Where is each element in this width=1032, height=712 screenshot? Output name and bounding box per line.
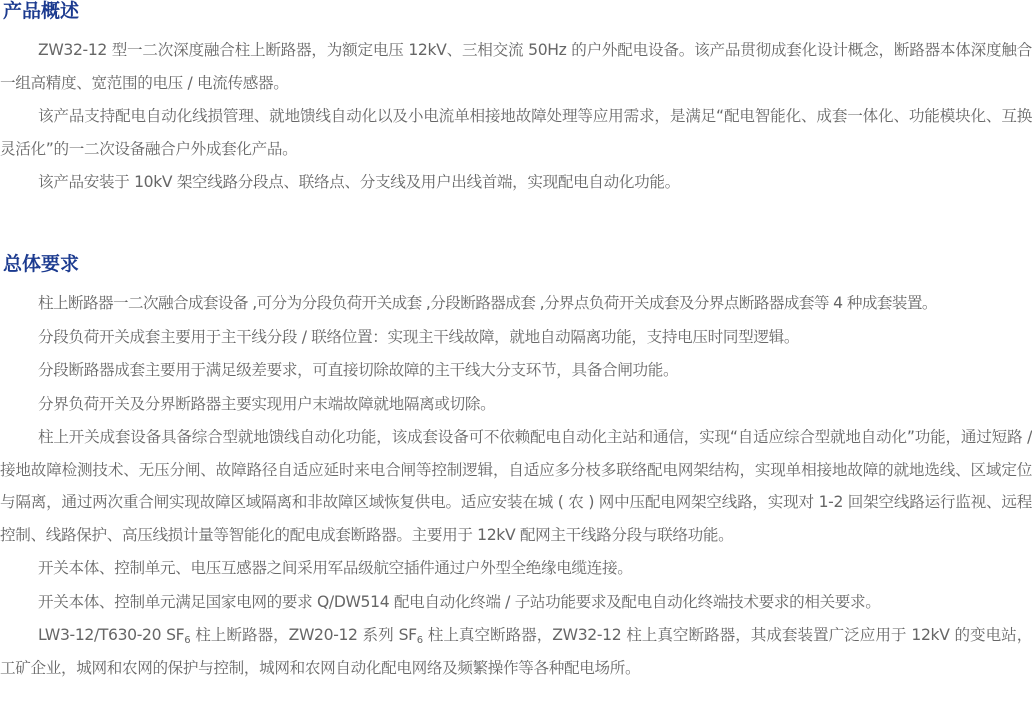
paragraph: 该产品安装于 10kV 架空线路分段点、联络点、分支线及用户出线首端，实现配电自…: [0, 166, 1032, 199]
paragraph: 柱上开关成套设备具备综合型就地馈线自动化功能，该成套设备可不依赖配电自动化主站和…: [0, 421, 1032, 551]
paragraph: 分段断路器成套主要用于满足级差要求，可直接切除故障的主干线大分支环节，具备合闸功…: [0, 354, 1032, 387]
paragraph: 柱上断路器一二次融合成套设备 ,可分为分段负荷开关成套 ,分段断路器成套 ,分界…: [0, 287, 1032, 320]
paragraph: 分段负荷开关成套主要用于主干线分段 / 联络位置：实现主干线故障，就地自动隔离功…: [0, 321, 1032, 354]
paragraph-sf6-products: LW3-12/T630-20 SF6 柱上断路器，ZW20-12 系列 SF6 …: [0, 619, 1032, 684]
paragraph: 开关本体、控制单元、电压互感器之间采用军品级航空插件通过户外型全绝缘电缆连接。: [0, 552, 1032, 585]
section-title-overview: 产品概述: [0, 0, 79, 22]
paragraph: ZW32-12 型一二次深度融合柱上断路器，为额定电压 12kV、三相交流 50…: [0, 34, 1032, 99]
paragraph: 该产品支持配电自动化线损管理、就地馈线自动化以及小电流单相接地故障处理等应用需求…: [0, 100, 1032, 165]
paragraph: 分界负荷开关及分界断路器主要实现用户末端故障就地隔离或切除。: [0, 388, 1032, 421]
text-segment: LW3-12/T630-20 SF: [38, 626, 184, 644]
section-title-general-requirements: 总体要求: [0, 253, 79, 275]
section-general-requirements: 柱上断路器一二次融合成套设备 ,可分为分段负荷开关成套 ,分段断路器成套 ,分界…: [0, 287, 1032, 684]
text-segment: 柱上断路器，ZW20-12 系列 SF: [190, 626, 417, 644]
paragraph: 开关本体、控制单元满足国家电网的要求 Q/DW514 配电自动化终端 / 子站功…: [0, 586, 1032, 619]
section-overview: ZW32-12 型一二次深度融合柱上断路器，为额定电压 12kV、三相交流 50…: [0, 34, 1032, 199]
